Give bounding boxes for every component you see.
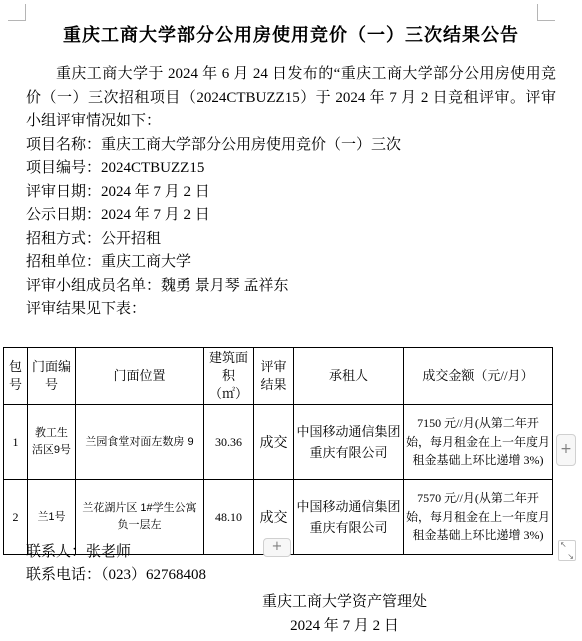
text-boundary-mark-top-left (8, 4, 26, 21)
info-line-publish-date: 公示日期：2024 年 7 月 2 日 (26, 204, 556, 228)
table-row: 1 教工生活区9号 兰园食堂对面左数房 9 30.36 成交 中国移动通信集团重… (4, 405, 553, 480)
add-column-button[interactable]: + (556, 434, 576, 466)
cell-deal-price: 7150 元//月(从第二年开始，每月租金在上一年度月租金基础上环比递增 3%) (404, 405, 553, 480)
header-result: 评审结果 (254, 348, 294, 405)
cell-package-no: 2 (4, 480, 28, 555)
header-tenant: 承租人 (294, 348, 404, 405)
cell-area: 30.36 (204, 405, 254, 480)
add-row-button[interactable]: + (263, 538, 291, 557)
results-table: 包号 门面编号 门面位置 建筑面积（㎡） 评审结果 承租人 成交金额（元//月）… (3, 347, 553, 555)
cell-result: 成交 (254, 405, 294, 480)
resize-arrow-nw-icon: ↖ (560, 540, 567, 549)
cell-deal-price: 7570 元//月(从第二年开始，每月租金在上一年度月租金基础上环比递增 3%) (404, 480, 553, 555)
table-header-row: 包号 门面编号 门面位置 建筑面积（㎡） 评审结果 承租人 成交金额（元//月） (4, 348, 553, 405)
signature-block: 重庆工商大学资产管理处 2024 年 7 月 2 日 (197, 591, 492, 638)
cell-package-no: 1 (4, 405, 28, 480)
plus-icon: + (560, 441, 572, 457)
header-deal-price: 成交金额（元//月） (404, 348, 553, 405)
text-boundary-mark-top-right (537, 4, 555, 21)
info-line-review-date: 评审日期：2024 年 7 月 2 日 (26, 181, 556, 205)
intro-paragraph: 重庆工商大学于 2024 年 6 月 24 日发布的“重庆工商大学部分公用房使用… (26, 63, 556, 134)
cell-shop-location: 兰园食堂对面左数房 9 (76, 405, 204, 480)
header-package-no: 包号 (4, 348, 28, 405)
info-line-rent-method: 招租方式：公开招租 (26, 228, 556, 252)
plus-icon: + (272, 539, 283, 554)
cell-shop-code: 教工生活区9号 (28, 405, 76, 480)
cell-tenant: 中国移动通信集团重庆有限公司 (294, 480, 404, 555)
info-line-table-intro: 评审结果见下表： (26, 298, 556, 322)
document-body: 重庆工商大学于 2024 年 6 月 24 日发布的“重庆工商大学部分公用房使用… (26, 63, 556, 322)
cell-tenant: 中国移动通信集团重庆有限公司 (294, 405, 404, 480)
header-shop-code: 门面编号 (28, 348, 76, 405)
signature-date: 2024 年 7 月 2 日 (197, 615, 492, 639)
table-resize-handle[interactable]: ↖ ↘ (558, 540, 576, 561)
resize-arrow-se-icon: ↘ (567, 552, 574, 561)
info-line-rent-unit: 招租单位：重庆工商大学 (26, 251, 556, 275)
header-area: 建筑面积（㎡） (204, 348, 254, 405)
contact-person-line: 联系人：张老师 (26, 541, 131, 565)
page-title: 重庆工商大学部分公用房使用竞价（一）三次结果公告 (26, 21, 556, 47)
contact-phone-line: 联系电话：（023）62768408 (26, 564, 206, 588)
header-shop-location: 门面位置 (76, 348, 204, 405)
signature-department: 重庆工商大学资产管理处 (197, 591, 492, 615)
cell-area: 48.10 (204, 480, 254, 555)
info-line-review-panel: 评审小组成员名单：魏勇 景月琴 孟祥东 (26, 275, 556, 299)
info-line-project-name: 项目名称：重庆工商大学部分公用房使用竞价（一）三次 (26, 134, 556, 158)
info-line-project-code: 项目编号：2024CTBUZZ15 (26, 157, 556, 181)
